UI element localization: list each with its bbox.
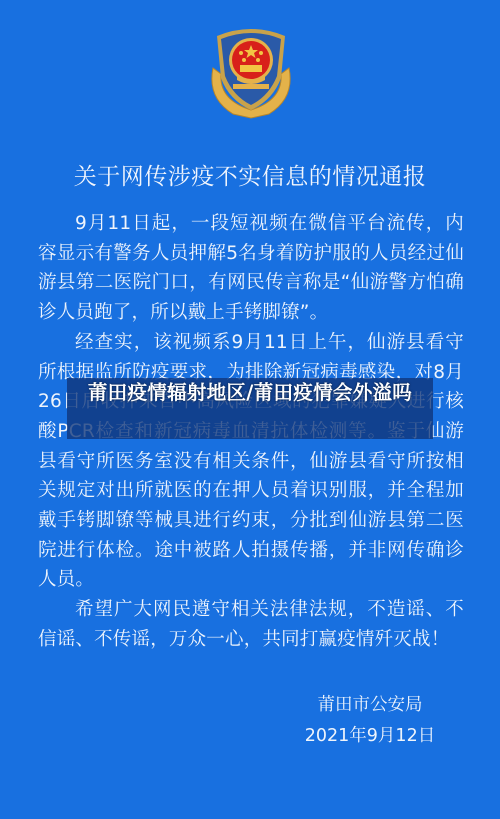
paragraph-1: 9月11日起，一段短视频在微信平台流传，内容显示有警务人员押解5名身着防护服的人… [38,209,464,328]
issue-date: 2021年9月12日 [300,721,440,752]
headline-overlay-text: 莆田疫情辐射地区/莆田疫情会外溢吗 [67,380,433,406]
paragraph-3: 希望广大网民遵守相关法律法规，不造谣、不信谣、不传谣，万众一心，共同打赢疫情歼灭… [38,595,464,654]
signature-block: 莆田市公安局 2021年9月12日 [300,690,440,752]
paragraph-2: 经查实，该视频系9月11日上午，仙游县看守所根据监所防疫要求，为排除新冠病毒感染… [38,328,464,595]
police-emblem-icon [203,18,299,120]
notice-title: 关于网传涉疫不实信息的情况通报 [0,158,500,191]
issuer: 莆田市公安局 [300,690,440,721]
